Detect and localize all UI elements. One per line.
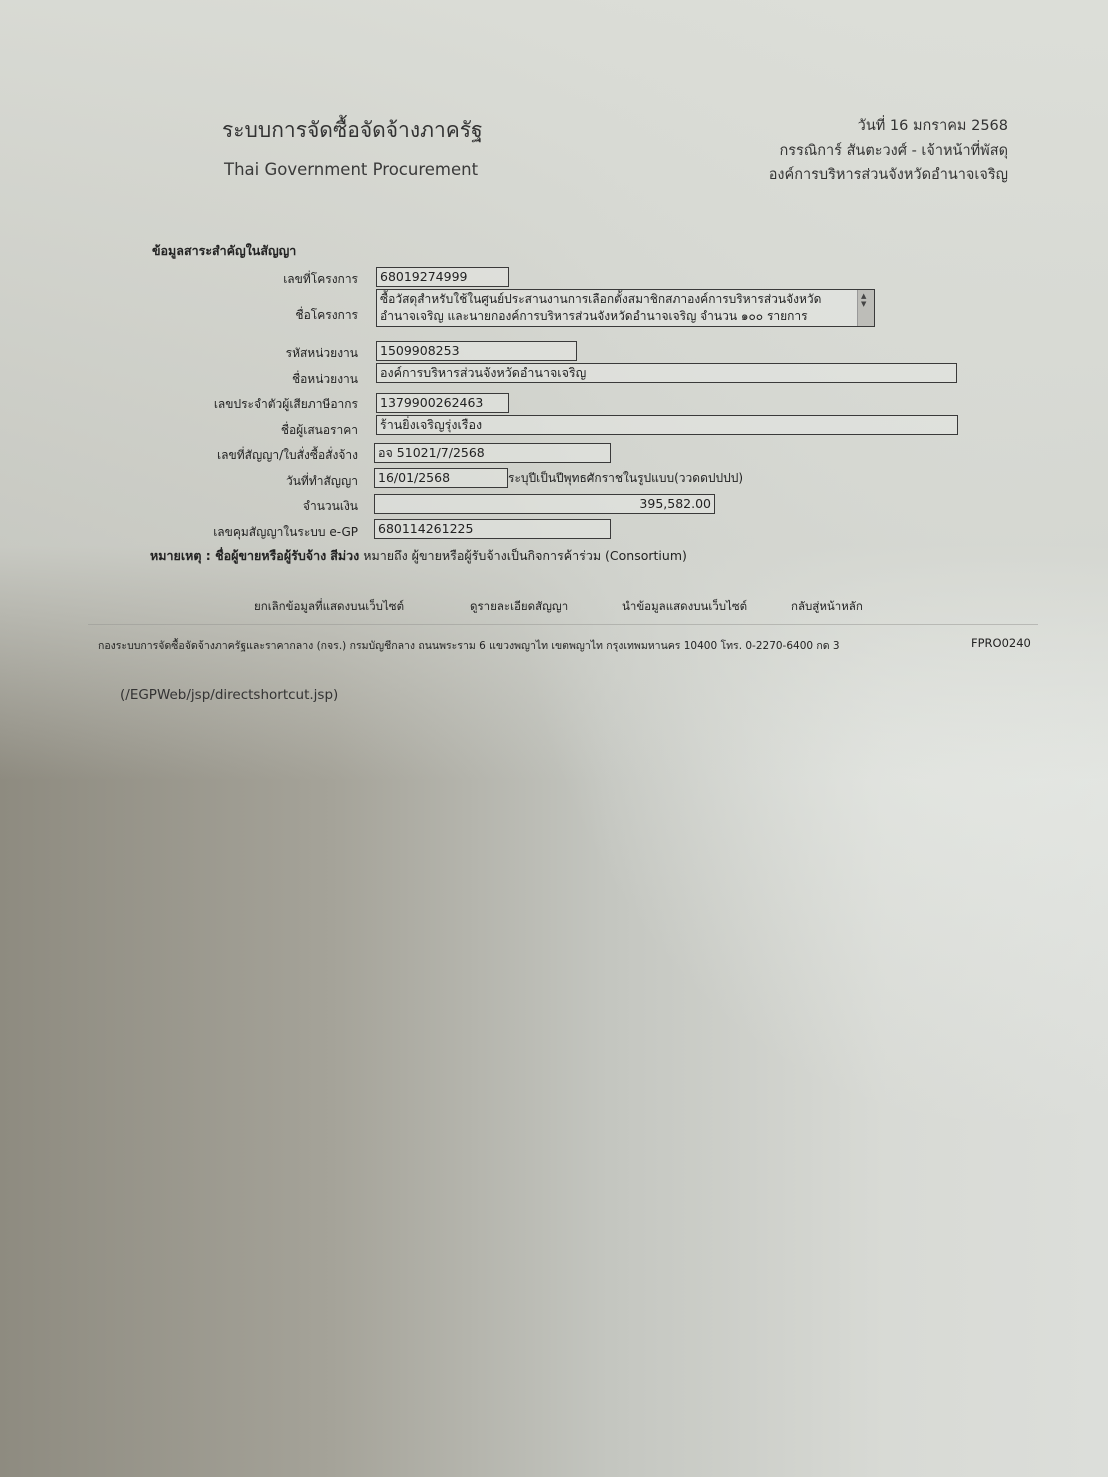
bidder-name-label: ชื่อผู้เสนอราคา — [138, 421, 358, 440]
egp-no-field[interactable]: 680114261225 — [374, 519, 611, 539]
tax-id-field[interactable]: 1379900262463 — [376, 393, 509, 413]
project-no-field[interactable]: 68019274999 — [376, 267, 509, 287]
print-date: วันที่ 16 มกราคม 2568 — [858, 114, 1008, 137]
consortium-note: หมายเหตุ : ชื่อผู้ขายหรือผู้รับจ้าง สีม่… — [150, 546, 687, 566]
contract-no-label: เลขที่สัญญา/ใบสั่งซื้อสั่งจ้าง — [138, 446, 358, 465]
contract-no-field[interactable]: อจ 51021/7/2568 — [374, 443, 611, 463]
project-name-text: ซื้อวัสดุสำหรับใช้ในศูนย์ประสานงานการเลื… — [380, 291, 854, 325]
officer-name: กรรณิการ์ สันตะวงศ์ - เจ้าหน้าที่พัสดุ — [779, 139, 1008, 162]
contract-date-hint: ระบุปีเป็นปีพุทธศักราชในรูปแบบ(ววดดปปปป) — [508, 469, 743, 488]
amount-field[interactable]: 395,582.00 — [374, 494, 715, 514]
contract-date-field[interactable]: 16/01/2568 — [374, 468, 508, 488]
scroll-up-icon[interactable]: ▲ — [861, 292, 866, 300]
page-path: (/EGPWeb/jsp/directshortcut.jsp) — [120, 687, 338, 703]
cancel-publish-link[interactable]: ยกเลิกข้อมูลที่แสดงบนเว็บไซต์ — [254, 598, 404, 616]
note-highlight: สีม่วง — [330, 548, 359, 563]
project-no-label: เลขที่โครงการ — [138, 270, 358, 289]
contract-date-label: วันที่ทำสัญญา — [138, 472, 358, 491]
section-title: ข้อมูลสาระสำคัญในสัญญา — [152, 241, 296, 261]
project-name-textarea[interactable]: ซื้อวัสดุสำหรับใช้ในศูนย์ประสานงานการเลื… — [376, 289, 875, 327]
back-to-home-link[interactable]: กลับสู่หน้าหลัก — [791, 598, 863, 616]
agency-name-field[interactable]: องค์การบริหารส่วนจังหวัดอำนาจเจริญ — [376, 363, 957, 383]
egp-no-label: เลขคุมสัญญาในระบบ e-GP — [138, 523, 358, 542]
footer-divider — [88, 624, 1038, 625]
view-contract-details-link[interactable]: ดูรายละเอียดสัญญา — [470, 598, 568, 616]
tax-id-label: เลขประจำตัวผู้เสียภาษีอากร — [138, 395, 358, 414]
bidder-name-field[interactable]: ร้านยิ่งเจริญรุ่งเรือง — [376, 415, 958, 435]
project-name-label: ชื่อโครงการ — [138, 306, 358, 325]
agency-code-label: รหัสหน่วยงาน — [138, 344, 358, 363]
system-title-english: Thai Government Procurement — [224, 160, 478, 179]
page-code: FPRO0240 — [971, 636, 1031, 650]
agency-code-field[interactable]: 1509908253 — [376, 341, 577, 361]
organization-name: องค์การบริหารส่วนจังหวัดอำนาจเจริญ — [769, 163, 1008, 186]
project-name-scrollbar[interactable]: ▲ ▼ — [857, 290, 874, 326]
amount-label: จำนวนเงิน — [138, 497, 358, 516]
system-title-thai: ระบบการจัดซื้อจัดจ้างภาครัฐ — [222, 114, 483, 147]
scroll-down-icon[interactable]: ▼ — [861, 300, 866, 308]
note-suffix: หมายถึง ผู้ขายหรือผู้รับจ้างเป็นกิจการค้… — [363, 548, 687, 563]
publish-to-website-link[interactable]: นำข้อมูลแสดงบนเว็บไซต์ — [622, 598, 747, 616]
footer-address: กองระบบการจัดซื้อจัดจ้างภาครัฐและราคากลา… — [98, 637, 840, 654]
note-prefix: หมายเหตุ : ชื่อผู้ขายหรือผู้รับจ้าง — [150, 548, 326, 563]
agency-name-label: ชื่อหน่วยงาน — [138, 370, 358, 389]
